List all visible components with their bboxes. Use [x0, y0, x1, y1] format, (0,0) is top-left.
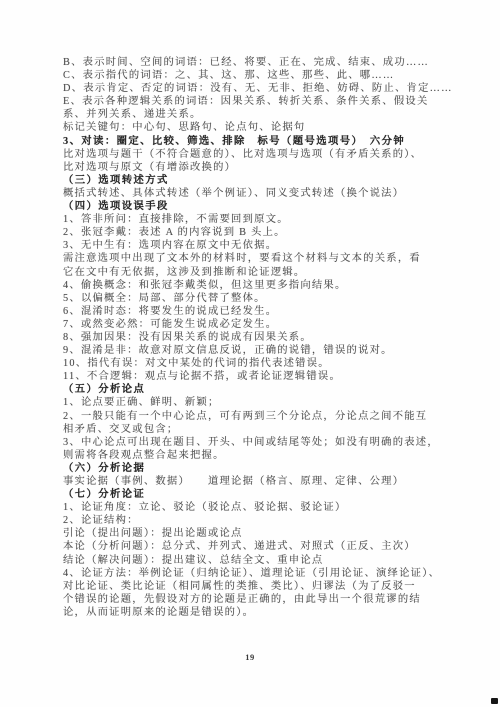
text-line: 本论（分析问题）：总分式、并列式、递进式、对照式（正反、主次） [63, 540, 443, 553]
text-line: 1、答非所问：直接排除，不需要回到原文。 [63, 213, 443, 226]
text-line: C、表示指代的词语：之、其、这、那、这些、那些、此、哪…… [63, 69, 443, 82]
text-line: 1、论证角度：立论、驳论（驳论点、驳论据、驳论证） [63, 501, 443, 514]
text-line: 论，从而证明原来的论题是错误的）。 [63, 606, 443, 619]
text-line: 4、论证方法：举例论证（归纳论证）、道理论证（引用论证、演绎论证）、 [63, 567, 443, 580]
text-line: 3、中心论点可出现在题目、开头、中间或结尾等处；如没有明确的表述， [63, 436, 443, 449]
text-line: 对比论证、类比论证（相同属性的类推、类比）、归谬法（为了反驳一 [63, 580, 443, 593]
text-line: E、表示各种逻辑关系的词语：因果关系、转折关系、条件关系、假设关 [63, 95, 443, 108]
text-line: D、表示肯定、否定的词语：没有、无、无非、拒绝、妨碍、防止、肯定…… [63, 82, 443, 95]
text-line: 个错误的论题，先假设对方的论题是正确的，由此导出一个很荒谬的结 [63, 593, 443, 606]
text-line: 3、对读：圈定、比较、筛选、排除 标号（题号选项号） 六分钟 [63, 135, 443, 148]
text-line: 需注意选项中出现了文本外的材料时，要看这个材料与文本的关系，看 [63, 252, 443, 265]
text-line: B、表示时间、空间的词语：已经、将要、正在、完成、结束、成功…… [63, 56, 443, 69]
text-line: 1、论点要正确、鲜明、新颖； [63, 396, 443, 409]
text-line: 2、一般只能有一个中心论点，可有两到三个分论点，分论点之间不能互 [63, 410, 443, 423]
text-line: 11、不合逻辑：观点与论据不搭，或者论证逻辑错误。 [63, 370, 443, 383]
text-line: 比对选项与原文（有增添改换的） [63, 161, 443, 174]
text-line: 2、论证结构： [63, 514, 443, 527]
text-line: 结论（解决问题）：提出建议、总结全文、重申论点 [63, 554, 443, 567]
text-line: 事实论据（事例、数据） 道理论据（格言、原理、定律、公理） [63, 475, 443, 488]
text-line: 比对选项与题干（不符合题意的）、比对选项与选项（有矛盾关系的）、 [63, 148, 443, 161]
text-line: 8、强加因果：没有因果关系的说成有因果关系。 [63, 331, 443, 344]
text-line: 它在文中有无依据，这涉及到推断和论证逻辑。 [63, 266, 443, 279]
text-line: （五）分析论点 [63, 383, 443, 396]
scan-corner-artifact [491, 698, 498, 704]
text-line: 5、以偏概全：局部、部分代替了整体。 [63, 292, 443, 305]
text-line: 系、并列关系、递进关系。 [63, 108, 443, 121]
text-line: 2、张冠李戴：表述 A 的内容说到 B 头上。 [63, 226, 443, 239]
text-line: 标记关键句：中心句、思路句、论点句、论据句 [63, 121, 443, 134]
text-line: （三）选项转述方式 [63, 174, 443, 187]
text-line: （四）选项设误手段 [63, 200, 443, 213]
text-line: 10、指代有误：对文中某处的代词的指代表述错误。 [63, 357, 443, 370]
text-line: 4、偷换概念：和张冠李戴类似，但这里更多指向结果。 [63, 279, 443, 292]
text-line: 6、混淆时态：将要发生的说成已经发生。 [63, 305, 443, 318]
text-line: 9、混淆是非：故意对原文信息反说，正确的说错，错误的说对。 [63, 344, 443, 357]
text-line: 则需将各段观点整合起来把握。 [63, 449, 443, 462]
text-line: 7、或然变必然：可能发生说成必定发生。 [63, 318, 443, 331]
text-line: 3、无中生有：选项内容在原文中无依据。 [63, 239, 443, 252]
text-line: （六）分析论据 [63, 462, 443, 475]
document-page: B、表示时间、空间的词语：已经、将要、正在、完成、结束、成功……C、表示指代的词… [0, 0, 500, 707]
text-line: 引论（提出问题）：提出论题或论点 [63, 527, 443, 540]
text-block: B、表示时间、空间的词语：已经、将要、正在、完成、结束、成功……C、表示指代的词… [63, 56, 443, 619]
text-line: 概括式转述、具体式转述（举个例证）、同义变式转述（换个说法） [63, 187, 443, 200]
text-line: 相矛盾、交叉或包含； [63, 423, 443, 436]
text-line: （七）分析论证 [63, 488, 443, 501]
page-number: 19 [0, 652, 500, 662]
